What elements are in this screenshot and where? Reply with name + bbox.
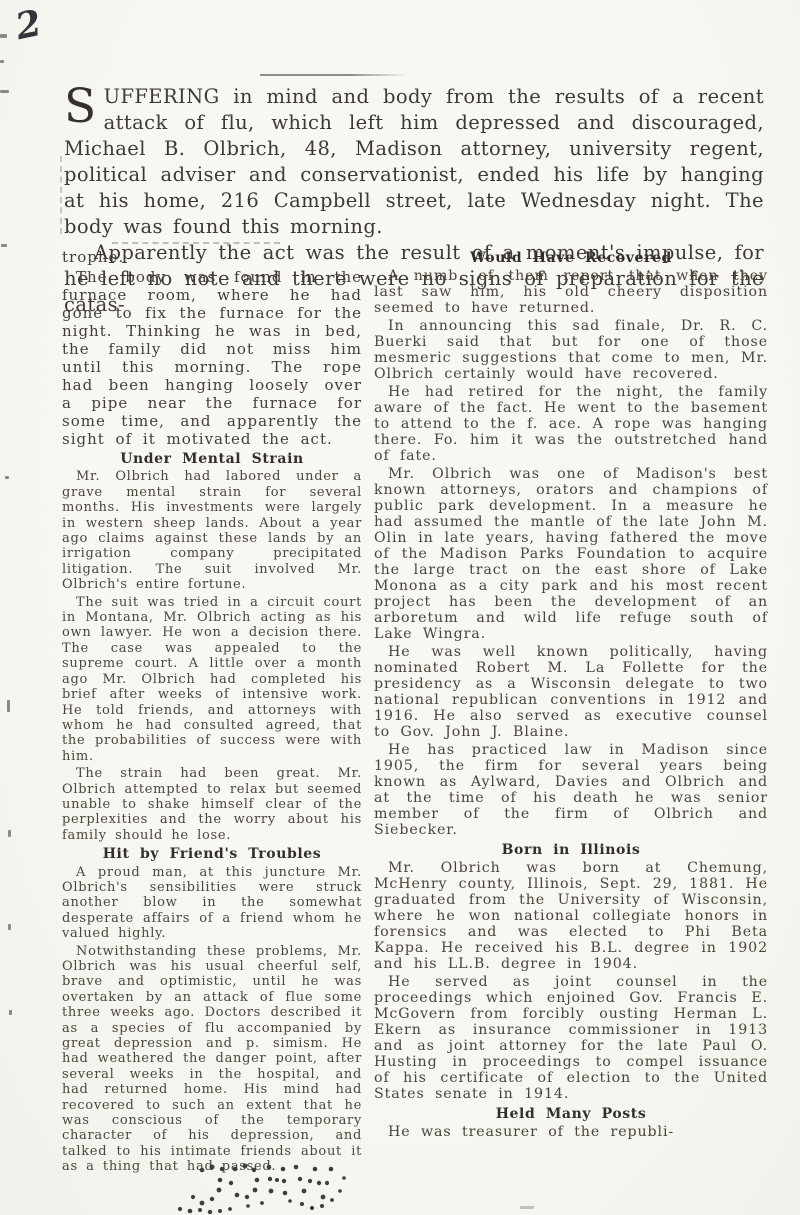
article-columns: trophe.The body was found in the furnace… — [62, 246, 768, 1177]
handwritten-page-number: 2 — [12, 2, 45, 48]
column-subheading: Held Many Posts — [374, 1106, 768, 1122]
article-paragraph: He has practiced law in Madison since 19… — [374, 742, 768, 838]
ink-speck — [0, 60, 4, 63]
lead-paragraph-text: UFFERING in mind and body from the resul… — [64, 85, 764, 238]
article-paragraph: He was treasurer of the republi- — [374, 1124, 768, 1140]
column-subheading: Born in Illinois — [374, 842, 768, 858]
ink-speck — [0, 34, 7, 38]
ink-speck — [5, 476, 9, 479]
article-paragraph: He served as joint counsel in the procee… — [374, 974, 768, 1102]
drop-cap: S — [64, 84, 104, 128]
article-paragraph: A proud man, at this juncture Mr. Olbric… — [62, 865, 362, 942]
ink-speck — [0, 90, 9, 93]
ink-speck — [8, 830, 11, 837]
article-paragraph: Mr. Olbrich had labored under a grave me… — [62, 469, 362, 592]
ink-speck — [1, 244, 7, 247]
column-subheading: Hit by Friend's Troubles — [62, 847, 362, 862]
stipple-stamp — [172, 1156, 372, 1214]
lead-paragraph: SUFFERING in mind and body from the resu… — [64, 84, 764, 240]
article-paragraph: The suit was tried in a circuit court in… — [62, 595, 362, 764]
newspaper-page: 2 SUFFERING in mind and body from the re… — [0, 0, 800, 1215]
right-column: Would Have RecoveredA numb. of them repo… — [374, 246, 768, 1142]
ink-speck — [9, 1010, 12, 1015]
article-paragraph: trophe. — [62, 248, 362, 266]
ink-speck — [8, 924, 11, 930]
article-paragraph: Notwithstanding these problems, Mr. Olbr… — [62, 944, 362, 1175]
article-paragraph: Mr. Olbrich was born at Chemung, McHenry… — [374, 860, 768, 972]
headline-rule — [260, 74, 408, 76]
article-paragraph: He had retired for the night, the family… — [374, 384, 768, 464]
ink-speck — [520, 1206, 534, 1209]
column-subheading: Would Have Recovered — [374, 250, 768, 266]
article-paragraph: A numb. of them report that when they la… — [374, 268, 768, 316]
article-paragraph: The strain had been great. Mr. Olbrich a… — [62, 766, 362, 843]
article-paragraph: Mr. Olbrich was one of Madison's best kn… — [374, 466, 768, 642]
article-paragraph: The body was found in the furnace room, … — [62, 268, 362, 448]
article-paragraph: In announcing this sad finale, Dr. R. C.… — [374, 318, 768, 382]
left-column: trophe.The body was found in the furnace… — [62, 248, 362, 1177]
ink-speck — [7, 700, 10, 712]
scan-artifact-vertical-dash — [60, 156, 62, 234]
article-paragraph: He was well known politically, having no… — [374, 644, 768, 740]
column-subheading: Under Mental Strain — [62, 452, 362, 467]
